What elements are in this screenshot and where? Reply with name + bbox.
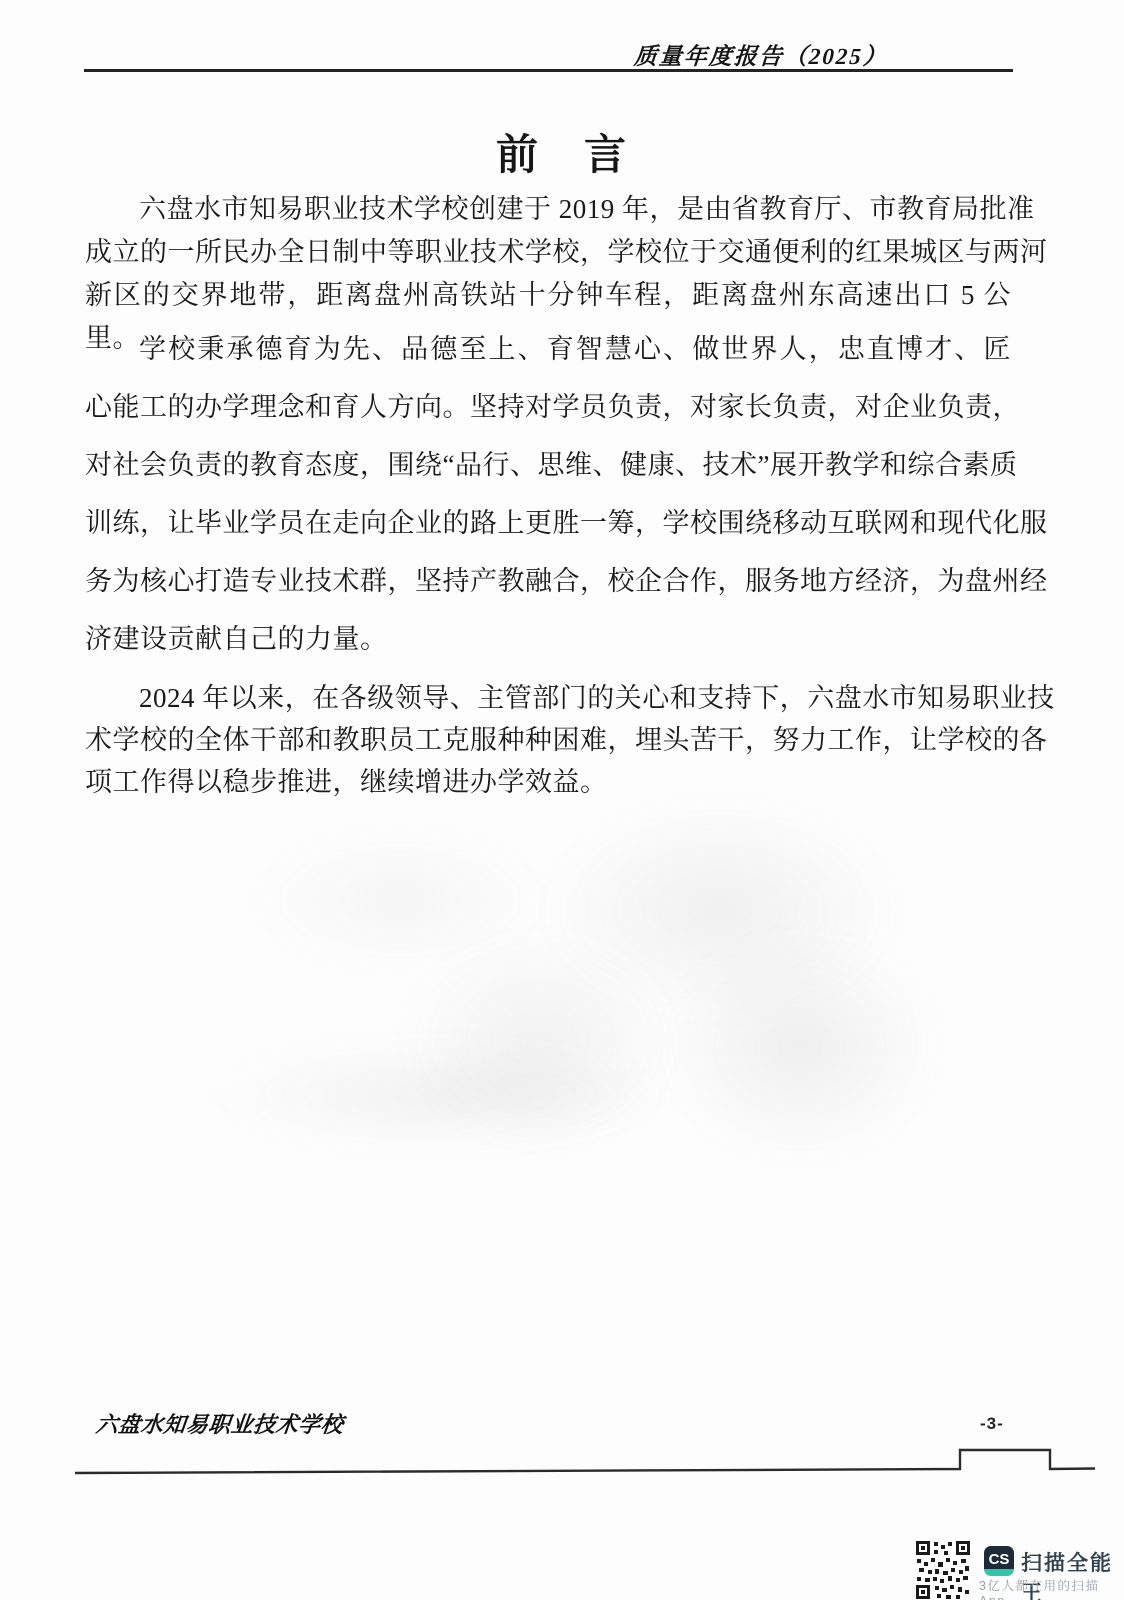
- footer-school-name: 六盘水知易职业技术学校: [94, 1408, 345, 1439]
- paragraph-line: 务为核心打造专业技术群，坚持产教融合，校企合作，服务地方经济，为盘州经: [85, 552, 1011, 610]
- scan-smudge: [400, 930, 680, 1150]
- paragraph-line: 成立的一所民办全日制中等职业技术学校，学校位于交通便利的红果城区与两河: [85, 231, 1011, 274]
- page-number: -3-: [980, 1414, 1004, 1434]
- scan-smudge: [250, 830, 550, 970]
- paragraph-3: 2024 年以来，在各级领导、主管部门的关心和支持下，六盘水市知易职业技 术学校…: [85, 677, 1011, 803]
- paragraph-line: 心能工的办学理念和育人方向。坚持对学员负责，对家长负责，对企业负责，: [85, 378, 1011, 436]
- paragraph-line: 2024 年以来，在各级领导、主管部门的关心和支持下，六盘水市知易职业技: [85, 677, 1011, 719]
- paragraph-line: 六盘水市知易职业技术学校创建于 2019 年，是由省教育厅、市教育局批准: [85, 188, 1011, 231]
- footer-rule: [0, 1440, 1124, 1485]
- scan-smudge: [210, 1040, 670, 1150]
- qr-code-icon: [915, 1540, 971, 1600]
- page-title: 前 言: [0, 122, 1124, 182]
- paragraph-2: 学校秉承德育为先、品德至上、育智慧心、做世界人，忠直博才、匠 心能工的办学理念和…: [85, 320, 1011, 668]
- report-header-title: 质量年度报告（2025）: [633, 38, 889, 71]
- scanned-document-page: 质量年度报告（2025） 前 言 六盘水市知易职业技术学校创建于 2019 年，…: [0, 0, 1124, 1600]
- scanner-app-tagline: 3亿人都在用的扫描App: [979, 1576, 1124, 1600]
- scanner-app-logo: CS: [984, 1546, 1014, 1576]
- header-rule: [84, 69, 1013, 72]
- scanner-app-logo-text: CS: [989, 1552, 1010, 1567]
- scan-smudge: [660, 930, 940, 1160]
- paragraph-line: 学校秉承德育为先、品德至上、育智慧心、做世界人，忠直博才、匠: [85, 320, 1011, 378]
- paragraph-line: 济建设贡献自己的力量。: [85, 610, 1011, 668]
- scan-smudge: [540, 800, 900, 1020]
- paragraph-line: 术学校的全体干部和教职员工克服种种困难，埋头苦干，努力工作，让学校的各: [85, 719, 1011, 761]
- paragraph-line: 对社会负责的教育态度，围绕“品行、思维、健康、技术”展开教学和综合素质: [85, 436, 1011, 494]
- paragraph-line: 训练，让毕业学员在走向企业的路上更胜一筹，学校围绕移动互联网和现代化服: [85, 494, 1011, 552]
- paragraph-line: 项工作得以稳步推进，继续增进办学效益。: [85, 761, 1011, 803]
